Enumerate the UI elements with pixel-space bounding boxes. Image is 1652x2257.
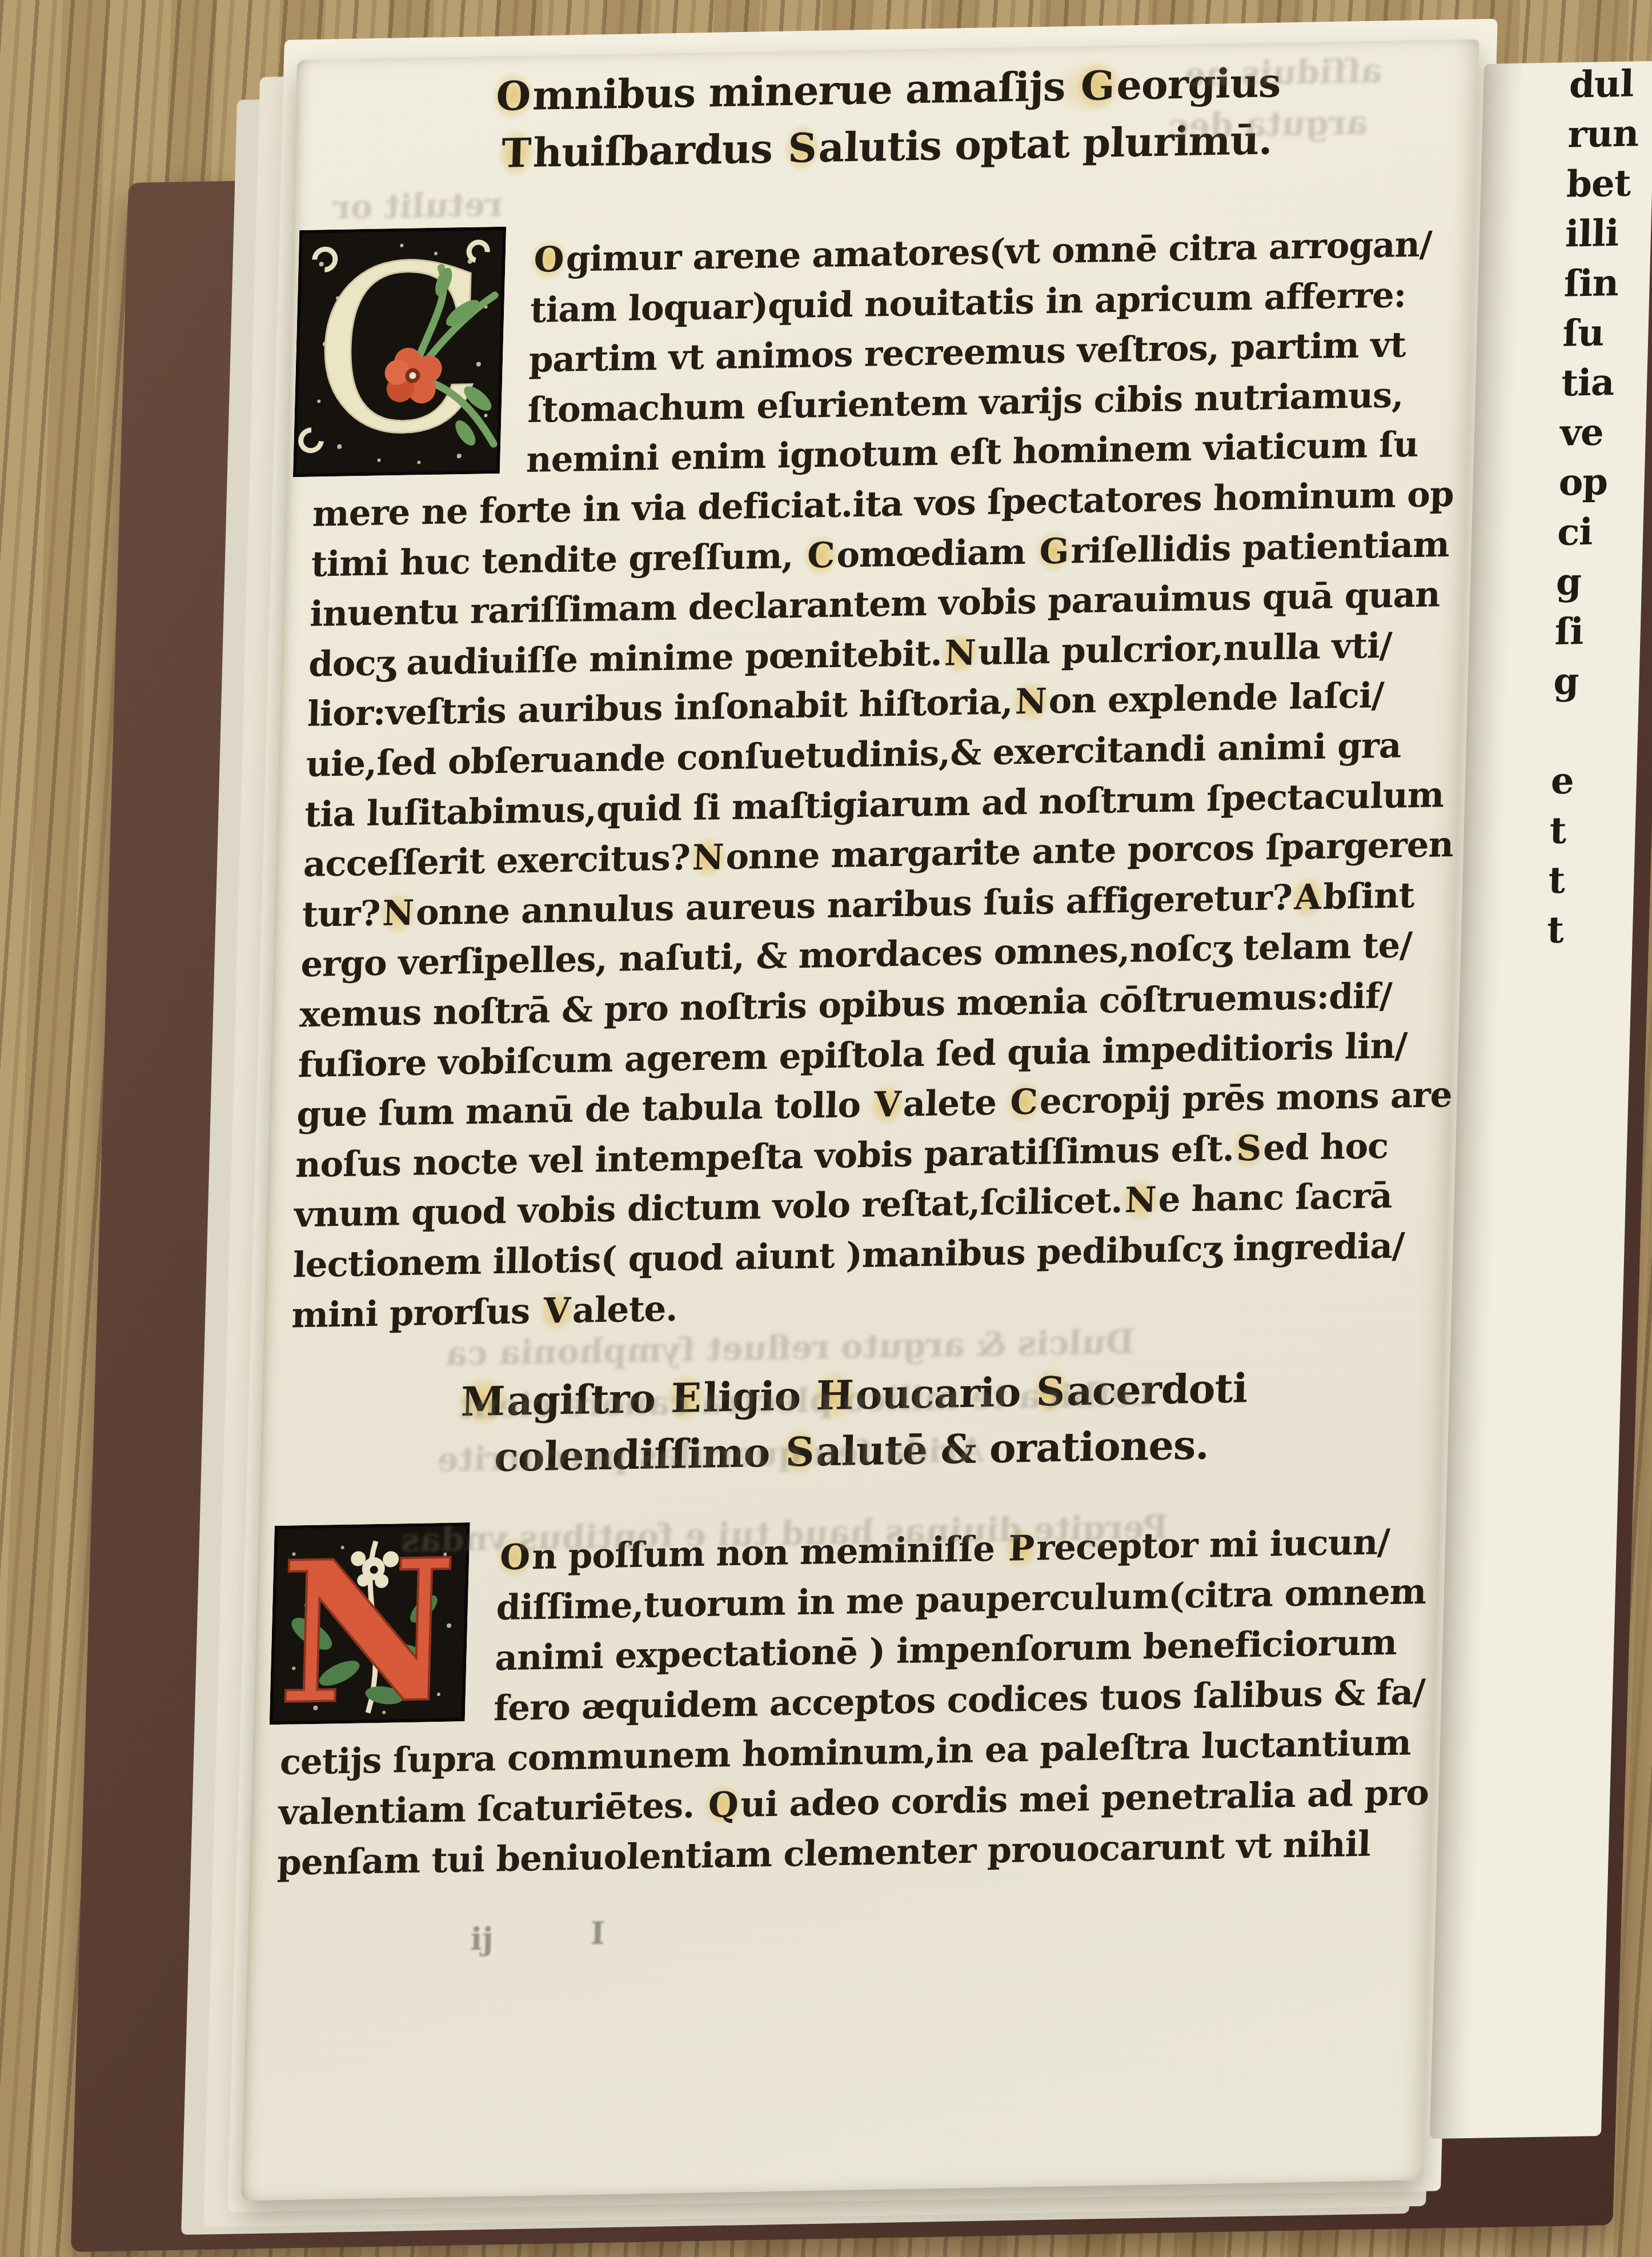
rubricated-capital: N xyxy=(377,891,419,935)
rubricated-capital: O xyxy=(491,71,535,121)
text-line: lior:veſtris auribus inſonabit hiſtoria,… xyxy=(307,675,1384,735)
text-line: penſam tui beniuolentiam clementer prouo… xyxy=(276,1824,1371,1883)
main-page: C xyxy=(241,39,1479,2200)
rubricated-capital: Q xyxy=(703,1783,743,1827)
text-line: mere ne forte in via deficiat.ita vos ſp… xyxy=(312,474,1454,535)
facing-page-text-fragment: ſu xyxy=(1562,311,1605,355)
text-line: fero æquidem acceptos codices tuos ſalib… xyxy=(493,1672,1425,1729)
facing-page-text-fragment: dul xyxy=(1569,62,1634,106)
text-line: vnum quod vobis dictum volo reſtat,ſcili… xyxy=(294,1176,1393,1236)
text-line: ſtomachum eſurientem varijs cibis nutria… xyxy=(527,375,1404,431)
facing-page-text-fragment: ſin xyxy=(1563,262,1619,306)
signature-mark: ij xyxy=(470,1920,494,1957)
rubricated-capital: S xyxy=(783,123,821,173)
facing-page-text-fragment: g xyxy=(1553,660,1579,703)
text-line: docʒ audiuiſſe minime pœnitebit.Nulla pu… xyxy=(308,625,1392,684)
rubricated-capital: N xyxy=(939,631,981,675)
photographed-book-page: dulrunbetilliſinſutiaveopcigſigettt C xyxy=(0,0,1652,2257)
text-line: lectionem illotis( quod aiunt )manibus p… xyxy=(292,1225,1405,1285)
rubricated-capital: A xyxy=(1289,876,1326,919)
rubricated-capital: N xyxy=(1120,1178,1161,1222)
text-line: cetijs ſupra communem hominum,in ea pale… xyxy=(279,1722,1412,1783)
facing-page-text-fragment: t xyxy=(1546,909,1564,952)
rubricated-capital: G xyxy=(1076,61,1120,111)
text-line: gue ſum manū de tabula tollo Valete Cecr… xyxy=(296,1075,1453,1135)
facing-page-text-fragment: ſi xyxy=(1554,610,1584,654)
rubricated-capital: V xyxy=(539,1289,575,1332)
facing-page-text-fragment: t xyxy=(1547,859,1565,903)
text-line: inuentu rariſſimam declarantem vobis par… xyxy=(310,574,1441,635)
rubricated-capital: T xyxy=(496,128,536,178)
facing-page-text-fragment: e xyxy=(1550,759,1574,803)
text-line: diſſime,tuorum in me pauperculum(citra o… xyxy=(496,1572,1426,1628)
text-line: animi expectationē ) impenſorum benefici… xyxy=(495,1622,1397,1679)
text-line: tur?Nonne annulus aureus naribus ſuis af… xyxy=(302,875,1415,935)
text-line: tia luſitabimus,quid ſi maſtigiarum ad n… xyxy=(304,775,1444,835)
illuminated-initial-c: C xyxy=(293,227,506,478)
signature-mark: I xyxy=(590,1915,606,1951)
text-line: acceſſerit exercitus?Nonne margarite ant… xyxy=(303,824,1454,885)
rubricated-capital: C xyxy=(1005,1081,1042,1124)
facing-page-text-fragment: tia xyxy=(1561,361,1614,405)
text-line: tiam loquar)quid nouitatis in apricum af… xyxy=(530,275,1406,331)
facing-page-text-fragment: ve xyxy=(1559,411,1604,454)
text-line: mini prorſus Valete. xyxy=(291,1288,677,1336)
text-line: partim vt animos recreemus veſtros, part… xyxy=(528,324,1406,380)
text-line: ergo verſipelles, naſuti, & mordaces omn… xyxy=(300,925,1413,985)
rubricated-capital: V xyxy=(869,1083,905,1127)
text-line: uie,ſed obſeruande conſuetudinis,& exerc… xyxy=(306,725,1402,785)
facing-page-text-fragment: t xyxy=(1549,809,1567,853)
facing-page-text-fragment: g xyxy=(1555,560,1582,604)
text-line: xemus noſtrā & pro noſtris opibus mœnia … xyxy=(299,976,1392,1035)
bleed-through-text: retulit or xyxy=(332,185,503,227)
rubricated-capital: O xyxy=(529,238,569,282)
facing-page-text-fragment: bet xyxy=(1566,162,1631,206)
facing-page-text-fragment: ci xyxy=(1557,511,1593,554)
text-line: valentiam ſcaturiētes. Qui adeo cordis m… xyxy=(278,1773,1429,1833)
text-line: noſus nocte vel intempeſta vobis paratiſ… xyxy=(295,1126,1389,1185)
rubricated-capital: S xyxy=(1231,1127,1266,1170)
rubricated-capital: N xyxy=(687,836,729,879)
facing-page-text-fragment: run xyxy=(1567,112,1639,156)
rubricated-capital: N xyxy=(1010,680,1052,724)
facing-page-text-fragment: illi xyxy=(1565,212,1619,256)
text-line: Ogimur arene amatores(vt omnē citra arro… xyxy=(531,224,1433,280)
bleed-through-text: arguta dec xyxy=(1168,103,1368,145)
text-line: nemini enim ignotum eſt hominem viaticum… xyxy=(526,424,1418,480)
rubricated-capital: C xyxy=(802,534,840,577)
facing-page-text-fragment: op xyxy=(1558,460,1608,504)
rubricated-capital: G xyxy=(1034,530,1074,573)
text-line: fuſiore vobiſcum agerem epiſtola ſed qui… xyxy=(298,1025,1408,1085)
bleed-through-text: aſſiduis ne xyxy=(1184,51,1383,94)
text-line: timi huc tendite greſſum, Comœdiam Griſe… xyxy=(311,524,1450,585)
